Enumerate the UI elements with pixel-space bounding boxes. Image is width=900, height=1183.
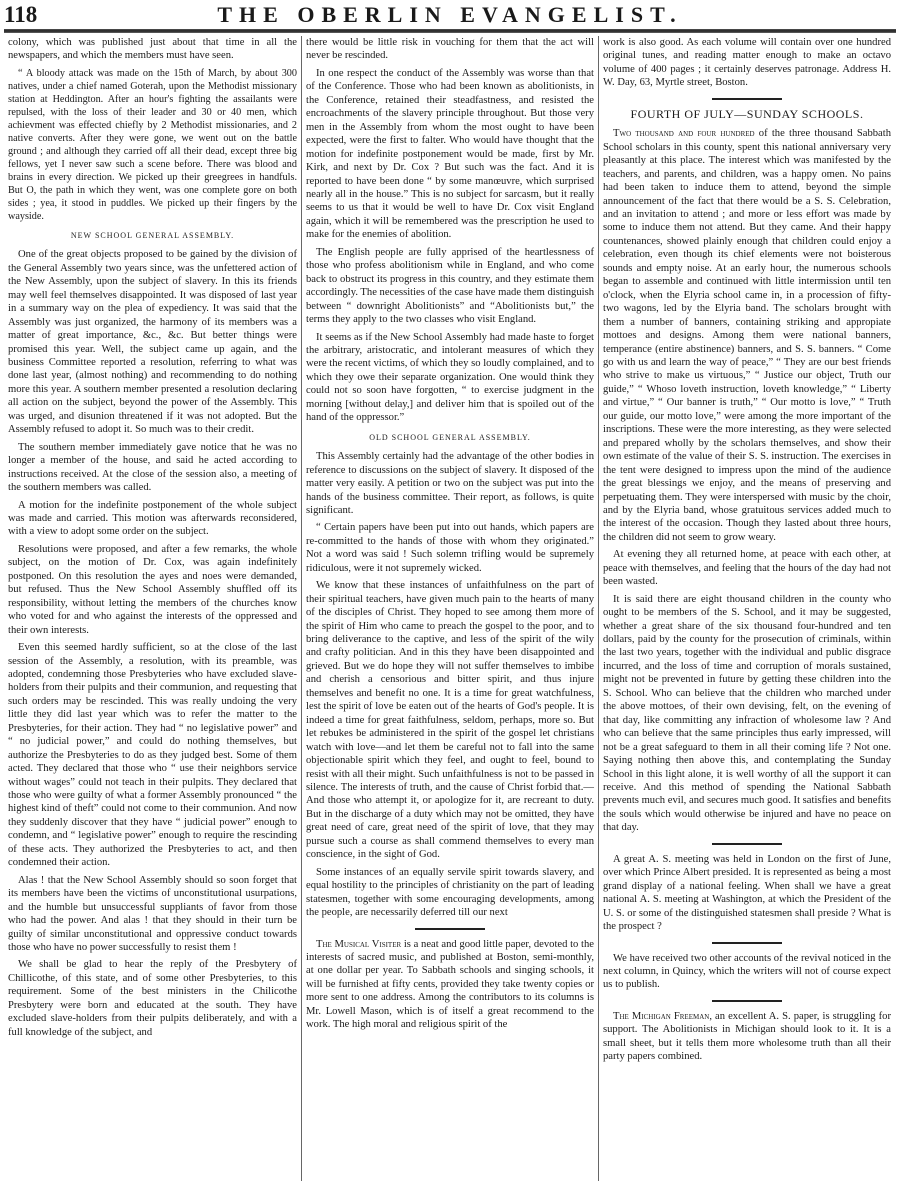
paragraph-text: It is said there are eight thousand chil… [603,594,891,834]
paragraph-text: A great A. S. meeting was held in London… [603,854,891,932]
column-2: there would be little risk in vouching f… [301,36,598,1181]
paragraph-text: We have received two other accounts of t… [603,953,891,991]
article-separator [712,942,782,944]
paragraph-text: Alas ! that the New School Assembly shou… [8,875,297,953]
article-paragraph: Alas ! that the New School Assembly shou… [8,874,297,955]
article-paragraph: The Musical Visiter is a neat and good l… [306,938,594,1032]
article-paragraph: A great A. S. meeting was held in London… [603,853,891,934]
article-paragraph: Resolutions were proposed, and after a f… [8,543,297,637]
article-paragraph: colony, which was published just about t… [8,36,297,63]
article-paragraph: This Assembly certainly had the advantag… [306,450,594,517]
article-paragraph: A motion for the indefinite postponement… [8,499,297,539]
article-paragraph: The southern member immediately gave not… [8,441,297,495]
paragraph-text: Resolutions were proposed, and after a f… [8,544,297,636]
section-heading: NEW SCHOOL GENERAL ASSEMBLY. [8,229,297,242]
article-paragraph: Some instances of an equally servile spi… [306,866,594,920]
paragraph-text: This Assembly certainly had the advantag… [306,451,594,516]
section-heading: OLD SCHOOL GENERAL ASSEMBLY. [306,431,594,444]
lead-in: Two thousand and four hundred [613,128,755,139]
masthead-rule [4,29,896,33]
paragraph-text: We know that these instances of unfaithf… [306,580,594,860]
paragraph-text: is a neat and good little paper, devoted… [306,939,594,1031]
article-paragraph: One of the great objects proposed to be … [8,248,297,436]
newspaper-title: THE OBERLIN EVANGELIST. [0,2,900,28]
article-separator [712,1000,782,1002]
column-1: colony, which was published just about t… [4,36,301,1181]
article-paragraph: It seems as if the New School Assembly h… [306,331,594,425]
article-paragraph: there would be little risk in vouching f… [306,36,594,63]
quoted-paragraph: “ A bloody attack was made on the 15th o… [8,67,297,223]
article-paragraph: We know that these instances of unfaithf… [306,579,594,862]
lead-in: The Michigan Freeman [613,1011,709,1022]
article-paragraph: It is said there are eight thousand chil… [603,593,891,835]
paragraph-text: It seems as if the New School Assembly h… [306,332,594,424]
article-paragraph: We shall be glad to hear the reply of th… [8,958,297,1039]
lead-in: The Musical Visiter [316,939,401,950]
paragraph-text: Some instances of an equally servile spi… [306,867,594,918]
paragraph-text: One of the great objects proposed to be … [8,249,297,435]
article-separator [415,928,485,930]
columns: colony, which was published just about t… [4,36,896,1181]
article-separator [712,843,782,845]
article-paragraph: The Michigan Freeman, an excellent A. S.… [603,1010,891,1064]
paragraph-text: The southern member immediately gave not… [8,442,297,493]
article-separator [712,98,782,100]
paragraph-text: “ A bloody attack was made on the 15th o… [8,68,297,222]
article-paragraph: In one respect the conduct of the Assemb… [306,67,594,242]
article-paragraph: work is also good. As each volume will c… [603,36,891,90]
article-paragraph: At evening they all returned home, at pe… [603,548,891,588]
paragraph-text: work is also good. As each volume will c… [603,37,891,88]
article-paragraph: The English people are fully apprised of… [306,246,594,327]
newspaper-page: 118 THE OBERLIN EVANGELIST. colony, whic… [0,0,900,1183]
paragraph-text: colony, which was published just about t… [8,37,297,61]
column-3: work is also good. As each volume will c… [598,36,895,1181]
paragraph-text: We shall be glad to hear the reply of th… [8,959,297,1037]
article-paragraph: “ Certain papers have been put into out … [306,521,594,575]
paragraph-text: there would be little risk in vouching f… [306,37,594,61]
article-paragraph: Even this seemed hardly sufficient, so a… [8,641,297,870]
article-paragraph: Two thousand and four hundred of the thr… [603,127,891,544]
masthead: 118 THE OBERLIN EVANGELIST. [0,0,900,30]
paragraph-text: A motion for the indefinite postponement… [8,500,297,538]
paragraph-text: of the three thousand Sabbath School sch… [603,128,891,543]
paragraph-text: “ Certain papers have been put into out … [306,522,594,573]
paragraph-text: In one respect the conduct of the Assemb… [306,68,594,240]
paragraph-text: Even this seemed hardly sufficient, so a… [8,642,297,868]
section-heading: FOURTH OF JULY—SUNDAY SCHOOLS. [603,108,891,121]
article-paragraph: We have received two other accounts of t… [603,952,891,992]
paragraph-text: At evening they all returned home, at pe… [603,549,891,587]
paragraph-text: The English people are fully apprised of… [306,247,594,325]
